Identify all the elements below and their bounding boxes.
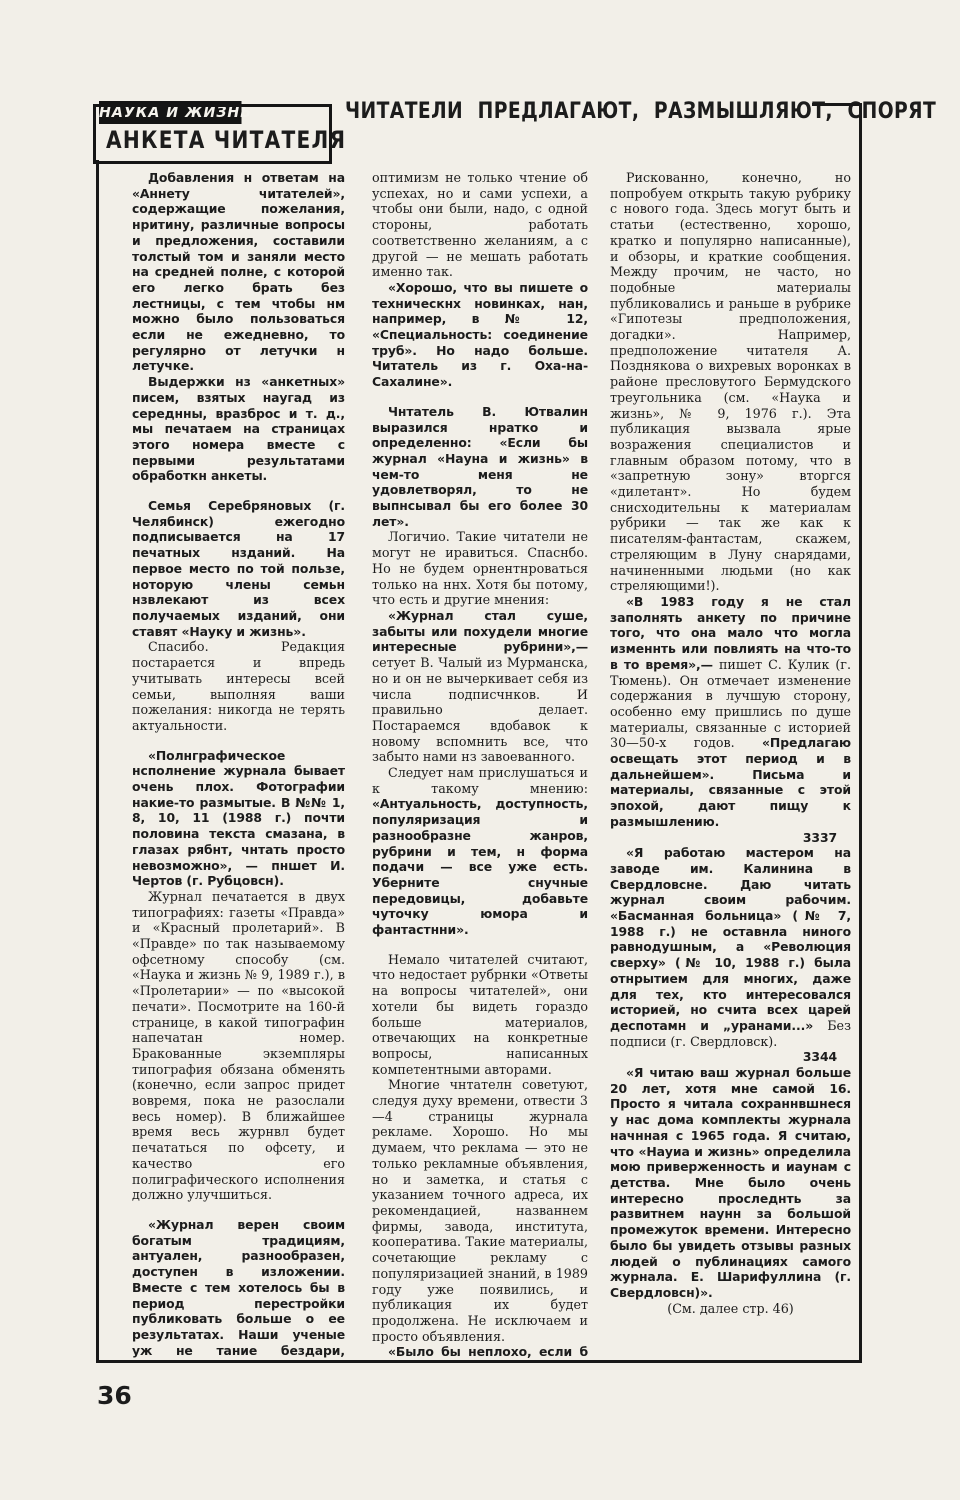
page-number: 36 bbox=[97, 1381, 132, 1410]
bold-text-segment: «Я работаю мастером на заводе им. Калини… bbox=[610, 845, 851, 1033]
regular-text-segment: сетует В. Чалый из Мурманска, но и он не… bbox=[372, 655, 588, 764]
frame-rule-bottom bbox=[96, 1360, 862, 1363]
bold-text-segment: «Хорошо, что вы пишете о техническнх нов… bbox=[372, 280, 588, 389]
regular-text-segment: Следует нам прислушаться и к такому мнен… bbox=[372, 765, 588, 796]
paragraph: 3344 bbox=[610, 1049, 851, 1065]
paragraph: Журнал печатается в двух типографиях: га… bbox=[132, 889, 345, 1203]
paragraph: оптимизм не только чтение об успехах, но… bbox=[372, 170, 588, 280]
frame-rule-right bbox=[859, 103, 862, 1362]
paragraph: Рискованно, конечно, но попробуем открыт… bbox=[610, 170, 851, 594]
regular-text-segment: Журнал печатается в двух типографиях: га… bbox=[132, 889, 345, 1202]
bold-text-segment: «Журнал стал суше, забыты или похудели м… bbox=[372, 608, 588, 654]
bold-text-segment: 3344 bbox=[803, 1049, 837, 1064]
regular-text-segment: Многие чнтателн советуют, следуя духу вр… bbox=[372, 1077, 588, 1343]
regular-text-segment: Спасибо. Редакция постарается и впредь у… bbox=[132, 639, 345, 733]
regular-text-segment: оптимизм не только чтение об успехах, но… bbox=[372, 170, 588, 279]
paragraph: Чнтатель В. Ютвалин выразился нратко и о… bbox=[372, 404, 588, 530]
paragraph: Немало читателей считают, что недостает … bbox=[372, 952, 588, 1078]
regular-text-segment: Логичио. Такие читатели не могут не ирав… bbox=[372, 529, 588, 607]
frame-rule-left bbox=[96, 160, 99, 1362]
regular-text-segment: (См. далее стр. 46) bbox=[667, 1301, 794, 1316]
paragraph: «Хорошо, что вы пишете о техническнх нов… bbox=[372, 280, 588, 390]
article-column-2: оптимизм не только чтение об успехах, но… bbox=[372, 170, 588, 1360]
rubric-title: АНКЕТА ЧИТАТЕЛЯ bbox=[106, 126, 346, 154]
bold-text-segment: Чнтатель В. Ютвалин выразился нратко и о… bbox=[372, 404, 588, 529]
paragraph: «Журнал стал суше, забыты или похудели м… bbox=[372, 608, 588, 765]
paragraph: Добавления н ответам на «Аннету читателе… bbox=[132, 170, 345, 374]
paragraph: «Журнал верен своим богатым традициям, а… bbox=[132, 1217, 345, 1360]
bold-text-segment: «Я читаю ваш журнал больше 20 лет, хотя … bbox=[610, 1065, 851, 1300]
bold-text-segment: «Антуальность, доступность, популяризаци… bbox=[372, 796, 588, 937]
bold-text-segment: Семья Серебряновых (г. Челябинск) ежегод… bbox=[132, 498, 345, 639]
article-column-1: Добавления н ответам на «Аннету читателе… bbox=[132, 170, 345, 1360]
regular-text-segment: Рискованно, конечно, но попробуем открыт… bbox=[610, 170, 851, 593]
paragraph: «Полнграфическое нсполнение журнала быва… bbox=[132, 748, 345, 889]
bold-text-segment: Выдержки нз «анкетных» писем, взятых нау… bbox=[132, 374, 345, 483]
paragraph: Следует нам прислушаться и к такому мнен… bbox=[372, 765, 588, 938]
bold-text-segment: «Было бы неплохо, если б на страницах жу… bbox=[372, 1344, 588, 1360]
regular-text-segment: Немало читателей считают, что недостает … bbox=[372, 952, 588, 1077]
article-column-3: Рискованно, конечно, но попробуем открыт… bbox=[610, 170, 851, 1360]
paragraph: «Было бы неплохо, если б на страницах жу… bbox=[372, 1344, 588, 1360]
bold-text-segment: Добавления н ответам на «Аннету читателе… bbox=[132, 170, 345, 373]
paragraph: Семья Серебряновых (г. Челябинск) ежегод… bbox=[132, 498, 345, 639]
paragraph: «В 1983 году я не стал заполнять анкету … bbox=[610, 594, 851, 830]
frame-rule-top-right bbox=[812, 103, 862, 106]
paragraph: Спасибо. Редакция постарается и впредь у… bbox=[132, 639, 345, 733]
paragraph: «Я работаю мастером на заводе им. Калини… bbox=[610, 845, 851, 1049]
bold-text-segment: «Полнграфическое нсполнение журнала быва… bbox=[132, 748, 345, 889]
paragraph: 3337 bbox=[610, 830, 851, 846]
paragraph: Многие чнтателн советуют, следуя духу вр… bbox=[372, 1077, 588, 1344]
paragraph: Логичио. Такие читатели не могут не ирав… bbox=[372, 529, 588, 608]
bold-text-segment: «Журнал верен своим богатым традициям, а… bbox=[132, 1217, 345, 1360]
paragraph: «Я читаю ваш журнал больше 20 лет, хотя … bbox=[610, 1065, 851, 1301]
paragraph: Выдержки нз «анкетных» писем, взятых нау… bbox=[132, 374, 345, 484]
bold-text-segment: 3337 bbox=[803, 830, 837, 845]
paragraph: (См. далее стр. 46) bbox=[610, 1301, 851, 1317]
